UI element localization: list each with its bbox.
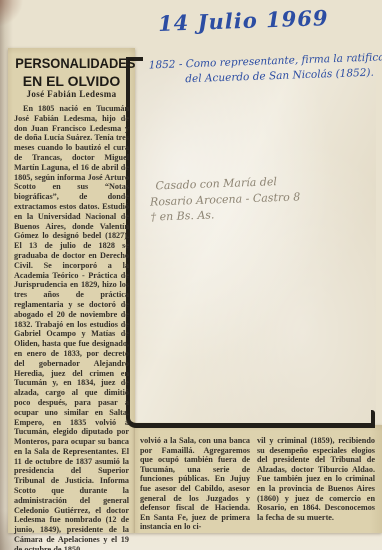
handwritten-date: 14 Julio 1969 bbox=[158, 5, 329, 36]
photo-frame-bottom-right-corner bbox=[371, 410, 375, 427]
article-column-3: vil y criminal (1859), recibiendo su des… bbox=[257, 436, 375, 522]
article-byline: José Fabián Ledesma bbox=[10, 89, 133, 99]
headline-line-2: EN EL OLVIDO bbox=[23, 73, 121, 89]
headline-line-1: PERSONALIDADES bbox=[15, 55, 135, 71]
album-page: PERSONALIDADES EN EL OLVIDO José Fabián … bbox=[0, 0, 382, 550]
article-column-1: En 1805 nació en Tucumán José Fabián Led… bbox=[14, 104, 129, 550]
article-headline: PERSONALIDADES EN EL OLVIDO bbox=[10, 55, 133, 91]
pencil-annotation: Casado con María del Rosario Arocena - C… bbox=[149, 173, 301, 225]
photo-frame-border bbox=[126, 57, 375, 428]
article-column-2: volvió a la Sala, con una banca por Fama… bbox=[140, 436, 250, 532]
